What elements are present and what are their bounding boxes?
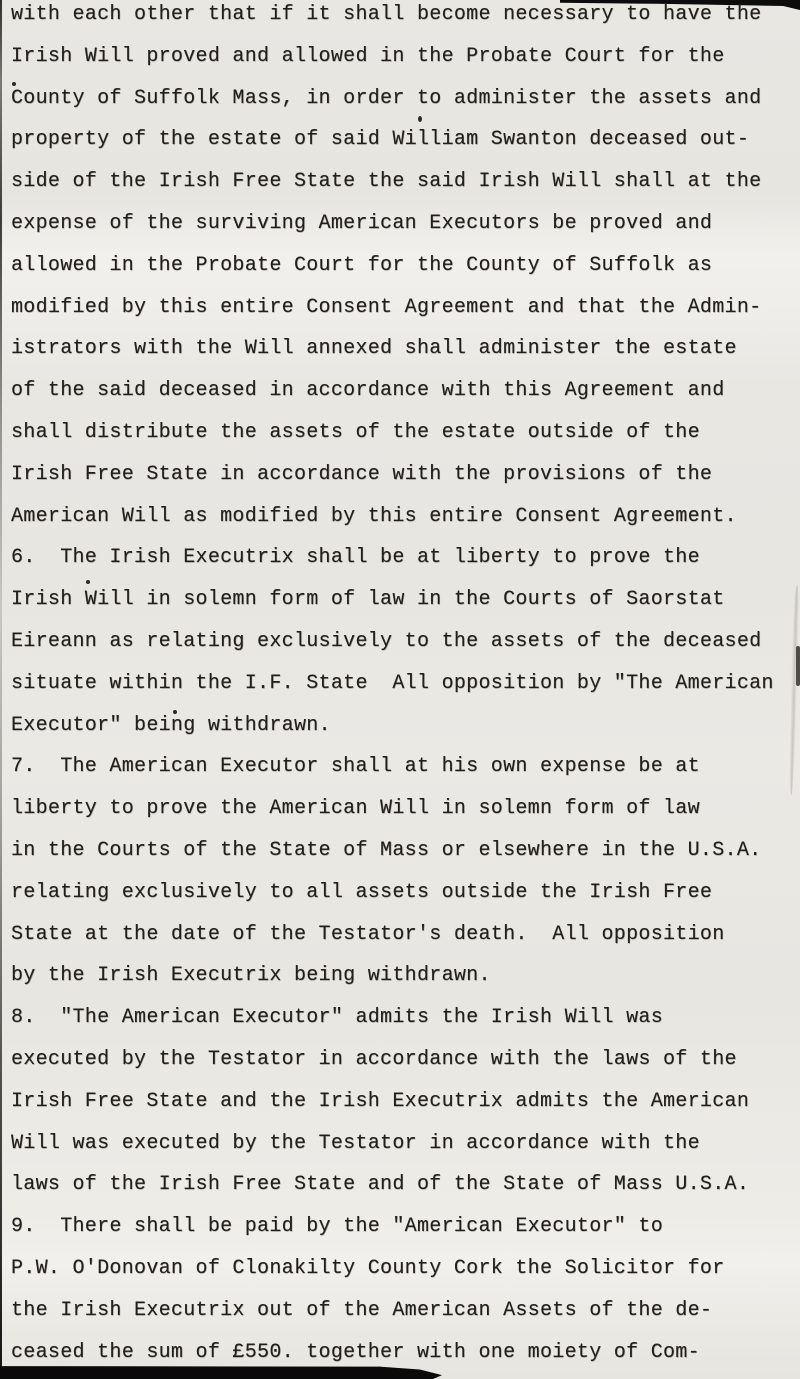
- text-line-22: relating exclusively to all assets outsi…: [11, 872, 774, 914]
- text-line-7: allowed in the Probate Court for the Cou…: [11, 245, 774, 287]
- text-line-18: Executor" being withdrawn.: [11, 705, 774, 747]
- text-line-2: Irish Will proved and allowed in the Pro…: [11, 36, 774, 78]
- text-line-3: County of Suffolk Mass, in order to admi…: [11, 78, 774, 120]
- text-line-8: modified by this entire Consent Agreemen…: [11, 287, 774, 329]
- document-text: with each other that if it shall become …: [11, 0, 774, 1373]
- text-line-31: P.W. O'Donovan of Clonakilty County Cork…: [11, 1248, 774, 1290]
- text-line-4: property of the estate of said William S…: [11, 119, 774, 161]
- scan-left-edge-line: [0, 0, 2, 1379]
- text-line-5: side of the Irish Free State the said Ir…: [11, 161, 774, 203]
- text-line-29: laws of the Irish Free State and of the …: [11, 1164, 774, 1206]
- text-line-15: Irish Will in solemn form of law in the …: [11, 579, 774, 621]
- text-line-19: 7. The American Executor shall at his ow…: [11, 746, 774, 788]
- text-line-17: situate within the I.F. State All opposi…: [11, 663, 774, 705]
- text-line-16: Eireann as relating exclusively to the a…: [11, 621, 774, 663]
- text-line-30: 9. There shall be paid by the "American …: [11, 1206, 774, 1248]
- text-line-14: 6. The Irish Executrix shall be at liber…: [11, 537, 774, 579]
- text-line-27: Irish Free State and the Irish Executrix…: [11, 1081, 774, 1123]
- text-line-6: expense of the surviving American Execut…: [11, 203, 774, 245]
- text-line-9: istrators with the Will annexed shall ad…: [11, 328, 774, 370]
- text-line-28: Will was executed by the Testator in acc…: [11, 1123, 774, 1165]
- text-line-20: liberty to prove the American Will in so…: [11, 788, 774, 830]
- text-line-33: ceased the sum of £550. together with on…: [11, 1332, 774, 1374]
- text-line-26: executed by the Testator in accordance w…: [11, 1039, 774, 1081]
- scan-artifact-right-edge: [796, 646, 800, 686]
- text-line-1: with each other that if it shall become …: [11, 0, 774, 36]
- text-line-10: of the said deceased in accordance with …: [11, 370, 774, 412]
- text-line-11: shall distribute the assets of the estat…: [11, 412, 774, 454]
- scanned-document-page: with each other that if it shall become …: [0, 0, 800, 1379]
- text-line-21: in the Courts of the State of Mass or el…: [11, 830, 774, 872]
- text-line-25: 8. "The American Executor" admits the Ir…: [11, 997, 774, 1039]
- text-line-32: the Irish Executrix out of the American …: [11, 1290, 774, 1332]
- text-line-24: by the Irish Executrix being withdrawn.: [11, 955, 774, 997]
- text-line-23: State at the date of the Testator's deat…: [11, 914, 774, 956]
- text-line-13: American Will as modified by this entire…: [11, 496, 774, 538]
- paper-crease: [788, 585, 799, 795]
- text-line-12: Irish Free State in accordance with the …: [11, 454, 774, 496]
